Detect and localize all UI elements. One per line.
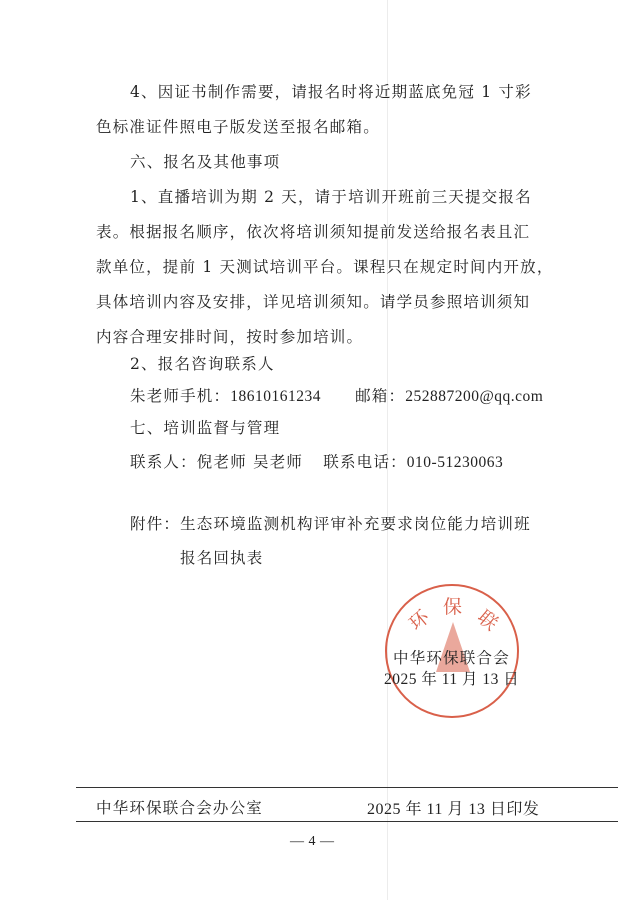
- s6-item1-line5: 内容合理安排时间，按时参加培训。: [96, 325, 363, 347]
- contact-email-label: 邮箱：: [355, 387, 405, 405]
- s7-phone-label: 联系电话：: [323, 453, 407, 471]
- footer-issue-date: 2025 年 11 月 13 日印发: [367, 796, 539, 819]
- signature-date: 2025 年 11 月 13 日: [384, 667, 519, 689]
- item4-line1: 4、因证书制作需要，请报名时将近期蓝底免冠 1 寸彩: [130, 80, 532, 102]
- attachment-label: 附件：: [130, 515, 180, 533]
- s6-item1-line1: 1、直播培训为期 2 天，请于培训开班前三天提交报名: [130, 185, 532, 207]
- item4-line2: 色标准证件照电子版发送至报名邮箱。: [96, 115, 380, 137]
- s6-item1-line3: 款单位，提前 1 天测试培训平台。课程只在规定时间内开放，: [96, 255, 554, 277]
- contact-email: 252887200@qq.com: [405, 388, 543, 405]
- s6-item1-line2: 表。根据报名顺序，依次将培训须知提前发送给报名表且汇: [96, 220, 530, 242]
- seal-char-1: 环: [403, 603, 435, 636]
- footer-top-rule: [76, 787, 618, 788]
- contact-row: 朱老师手机：18610161234 邮箱：252887200@qq.com: [130, 384, 543, 406]
- signature-organization: 中华环保联合会: [393, 646, 510, 668]
- seal-char-2: 保: [443, 592, 462, 619]
- contact-phone-label: 朱老师手机：: [130, 387, 230, 405]
- section6-title: 六、报名及其他事项: [130, 150, 280, 172]
- contact-phone: 18610161234: [230, 388, 321, 405]
- footer-bottom-rule: [76, 821, 618, 822]
- s7-contact-row: 联系人：倪老师 吴老师 联系电话：010-51230063: [130, 450, 503, 472]
- s7-phone: 010-51230063: [407, 454, 503, 471]
- attachment-row: 附件：生态环境监测机构评审补充要求岗位能力培训班: [130, 512, 531, 534]
- s6-item1-line4: 具体培训内容及安排，详见培训须知。请学员参照培训须知: [96, 290, 530, 312]
- seal-char-3: 联: [473, 603, 505, 636]
- attachment-line1: 生态环境监测机构评审补充要求岗位能力培训班: [180, 515, 531, 533]
- page-number: — 4 —: [290, 834, 335, 850]
- s6-item2-title: 2、报名咨询联系人: [130, 352, 275, 374]
- footer-issuer: 中华环保联合会办公室: [96, 796, 263, 818]
- s7-contact: 联系人：倪老师 吴老师: [130, 453, 303, 471]
- section7-title: 七、培训监督与管理: [130, 416, 280, 438]
- attachment-line2: 报名回执表: [180, 546, 264, 568]
